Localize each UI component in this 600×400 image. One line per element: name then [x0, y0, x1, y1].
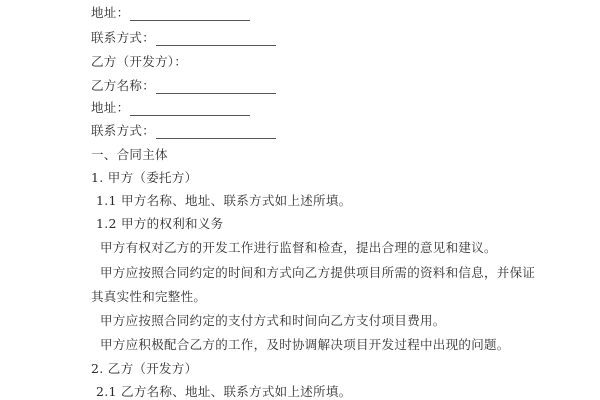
- document-page: 地址： 联系方式： 乙方（开发方）： 乙方名称： 地址： 联系方式： 一、合同主…: [0, 0, 600, 400]
- paragraph-payment: 甲方应按照合同约定的支付方式和时间向乙方支付项目费用。: [100, 313, 446, 329]
- party-b-contact-label: 联系方式：: [91, 123, 155, 139]
- party-b-name-blank[interactable]: [156, 81, 276, 94]
- party-b-name-row: 乙方名称：: [91, 78, 276, 94]
- party-b-contact-blank[interactable]: [156, 126, 276, 139]
- contact-field-row: 联系方式：: [91, 30, 276, 46]
- contact-blank[interactable]: [156, 33, 276, 46]
- party-b-address-label: 地址：: [91, 100, 129, 116]
- address-label: 地址：: [91, 5, 129, 21]
- paragraph-cooperate: 甲方应积极配合乙方的工作，及时协调解决项目开发过程中出现的问题。: [100, 337, 510, 353]
- party-b-address-blank[interactable]: [130, 103, 250, 116]
- clause-1-1: 1.1 甲方名称、地址、联系方式如上述所填。: [96, 193, 351, 209]
- address-blank[interactable]: [130, 8, 250, 21]
- section-title: 一、合同主体: [91, 147, 168, 163]
- party-b-contact-row: 联系方式：: [91, 123, 276, 139]
- clause-2-1: 2.1 乙方名称、地址、联系方式如上述所填。: [96, 384, 351, 400]
- party-b-address-row: 地址：: [91, 100, 250, 116]
- party-a-heading: 1. 甲方（委托方）: [91, 170, 197, 186]
- party-b-name-label: 乙方名称：: [91, 78, 155, 94]
- address-field-row: 地址：: [91, 5, 250, 21]
- contact-label: 联系方式：: [91, 30, 155, 46]
- party-b-section-heading: 2. 乙方（开发方）: [91, 361, 197, 377]
- party-b-heading: 乙方（开发方）：: [91, 54, 187, 70]
- paragraph-provide-info-cont: 其真实性和完整性。: [91, 289, 206, 305]
- paragraph-supervise: 甲方有权对乙方的开发工作进行监督和检查，提出合理的意见和建议。: [100, 240, 497, 256]
- paragraph-provide-info: 甲方应按照合同约定的时间和方式向乙方提供项目所需的资料和信息，并保证: [100, 265, 535, 281]
- clause-1-2: 1.2 甲方的权利和义务: [96, 216, 223, 232]
